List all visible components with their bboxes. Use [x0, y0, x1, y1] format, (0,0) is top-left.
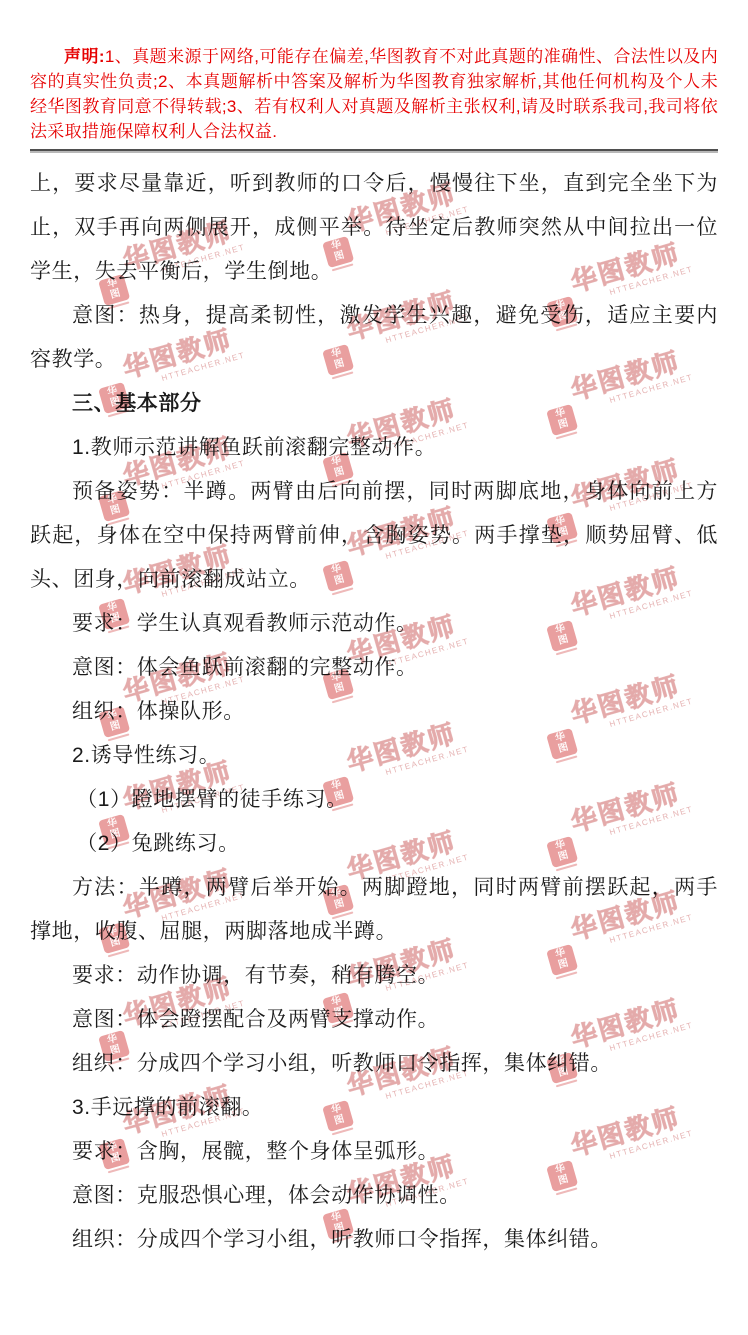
- paragraph: 组织：分成四个学习小组，听教师口令指挥，集体纠错。: [30, 1042, 718, 1086]
- paragraph: 要求：动作协调，有节奏，稍有腾空。: [30, 954, 718, 998]
- paragraph: 2.诱导性练习。: [30, 734, 718, 778]
- paragraph: 意图：体会蹬摆配合及两臂支撑动作。: [30, 998, 718, 1042]
- paragraph: 意图：克服恐惧心理，体会动作协调性。: [30, 1174, 718, 1218]
- paragraph: 要求：含胸，展髋，整个身体呈弧形。: [30, 1130, 718, 1174]
- paragraph: （2）兔跳练习。: [30, 822, 718, 866]
- document-page: 声明:1、真题来源于网络,可能存在偏差,华图教育不对此真题的准确性、合法性以及内…: [0, 0, 748, 1335]
- disclaimer-body: 1、真题来源于网络,可能存在偏差,华图教育不对此真题的准确性、合法性以及内容的真…: [30, 47, 718, 141]
- document-body: 上，要求尽量靠近，听到教师的口令后，慢慢往下坐，直到完全坐下为止，双手再向两侧展…: [30, 162, 718, 1262]
- section-heading: 三、基本部分: [30, 382, 718, 426]
- paragraph: （1）蹬地摆臂的徒手练习。: [30, 778, 718, 822]
- paragraph: 要求：学生认真观看教师示范动作。: [30, 602, 718, 646]
- paragraph: 意图：体会鱼跃前滚翻的完整动作。: [30, 646, 718, 690]
- divider-rule: [30, 149, 718, 151]
- paragraph: 组织：体操队形。: [30, 690, 718, 734]
- page-content: 声明:1、真题来源于网络,可能存在偏差,华图教育不对此真题的准确性、合法性以及内…: [30, 44, 718, 1262]
- paragraph: 预备姿势：半蹲。两臂由后向前摆，同时两脚底地，身体向前上方跃起，身体在空中保持两…: [30, 470, 718, 602]
- disclaimer-text: 声明:1、真题来源于网络,可能存在偏差,华图教育不对此真题的准确性、合法性以及内…: [30, 44, 718, 144]
- disclaimer-label: 声明:: [64, 47, 105, 66]
- paragraph: 方法：半蹲，两臂后举开始。两脚蹬地，同时两臂前摆跃起，两手撑地，收腹、屈腿，两脚…: [30, 866, 718, 954]
- paragraph: 组织：分成四个学习小组，听教师口令指挥，集体纠错。: [30, 1218, 718, 1262]
- paragraph: 意图：热身，提高柔韧性，激发学生兴趣，避免受伤，适应主要内容教学。: [30, 294, 718, 382]
- paragraph: 3.手远撑的前滚翻。: [30, 1086, 718, 1130]
- paragraph: 上，要求尽量靠近，听到教师的口令后，慢慢往下坐，直到完全坐下为止，双手再向两侧展…: [30, 162, 718, 294]
- paragraph: 1.教师示范讲解鱼跃前滚翻完整动作。: [30, 426, 718, 470]
